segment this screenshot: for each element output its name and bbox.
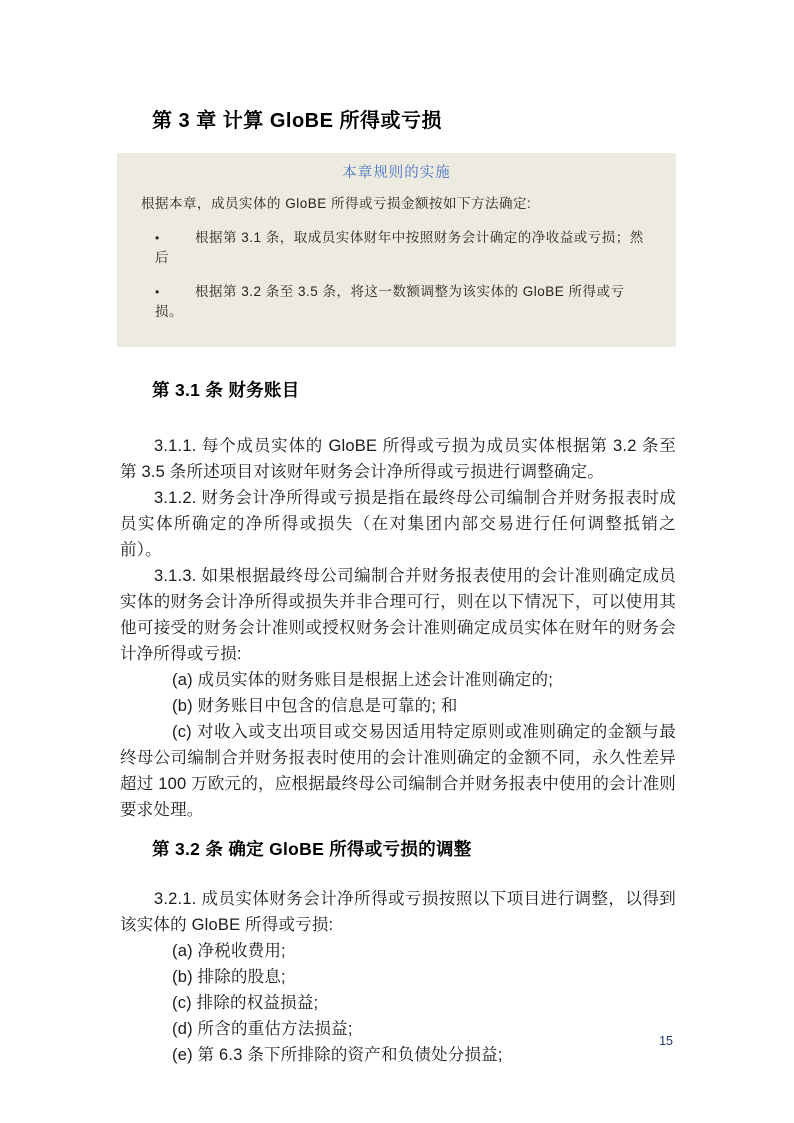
- section-3-1-body: 3.1.1. 每个成员实体的 GloBE 所得或亏损为成员实体根据第 3.2 条…: [120, 433, 676, 823]
- list-item-3-1-3-b: (b) 财务账目中包含的信息是可靠的; 和: [120, 693, 676, 719]
- list-item-3-2-1-e: (e) 第 6.3 条下所排除的资产和负债处分损益;: [120, 1042, 676, 1068]
- callout-bullet-item: •根据第 3.1 条，取成员实体财年中按照财务会计确定的净收益或亏损；然后: [155, 228, 652, 268]
- paragraph-3-1-3: 3.1.3. 如果根据最终母公司编制合并财务报表使用的会计准则确定成员实体的财务…: [120, 563, 676, 667]
- list-item-3-2-1-d: (d) 所含的重估方法损益;: [120, 1016, 676, 1042]
- callout-intro: 根据本章，成员实体的 GloBE 所得或亏损金额按如下方法确定:: [141, 194, 652, 214]
- callout-bullet-text: 根据第 3.2 条至 3.5 条，将这一数额调整为该实体的 GloBE 所得或亏…: [155, 284, 625, 319]
- section-3-1-heading: 第 3.1 条 财务账目: [120, 377, 676, 403]
- list-item-3-1-3-c: (c) 对收入或支出项目或交易因适用特定原则或准则确定的金额与最终母公司编制合并…: [120, 719, 676, 823]
- list-item-3-2-1-a: (a) 净税收费用;: [120, 938, 676, 964]
- list-item-3-2-1-b: (b) 排除的股息;: [120, 964, 676, 990]
- paragraph-3-1-1: 3.1.1. 每个成员实体的 GloBE 所得或亏损为成员实体根据第 3.2 条…: [120, 433, 676, 485]
- section-3-2-body: 3.2.1. 成员实体财务会计净所得或亏损按照以下项目进行调整，以得到该实体的 …: [120, 886, 676, 1068]
- paragraph-3-2-1: 3.2.1. 成员实体财务会计净所得或亏损按照以下项目进行调整，以得到该实体的 …: [120, 886, 676, 938]
- callout-title: 本章规则的实施: [141, 162, 652, 184]
- section-3-2-heading: 第 3.2 条 确定 GloBE 所得或亏损的调整: [120, 836, 676, 862]
- document-page: 第 3 章 计算 GloBE 所得或亏损 本章规则的实施 根据本章，成员实体的 …: [0, 0, 794, 1123]
- paragraph-3-1-2: 3.1.2. 财务会计净所得或亏损是指在最终母公司编制合并财务报表时成员实体所确…: [120, 485, 676, 563]
- list-item-3-2-1-c: (c) 排除的权益损益;: [120, 990, 676, 1016]
- chapter-title: 第 3 章 计算 GloBE 所得或亏损: [120, 106, 676, 136]
- callout-bullet-text: 根据第 3.1 条，取成员实体财年中按照财务会计确定的净收益或亏损；然后: [155, 230, 644, 265]
- list-item-3-1-3-a: (a) 成员实体的财务账目是根据上述会计准则确定的;: [120, 667, 676, 693]
- page-number: 15: [659, 1034, 673, 1048]
- bullet-icon: •: [155, 228, 195, 248]
- implementation-callout-box: 本章规则的实施 根据本章，成员实体的 GloBE 所得或亏损金额按如下方法确定:…: [117, 153, 676, 347]
- callout-bullet-item: •根据第 3.2 条至 3.5 条，将这一数额调整为该实体的 GloBE 所得或…: [155, 282, 652, 322]
- bullet-icon: •: [155, 282, 195, 302]
